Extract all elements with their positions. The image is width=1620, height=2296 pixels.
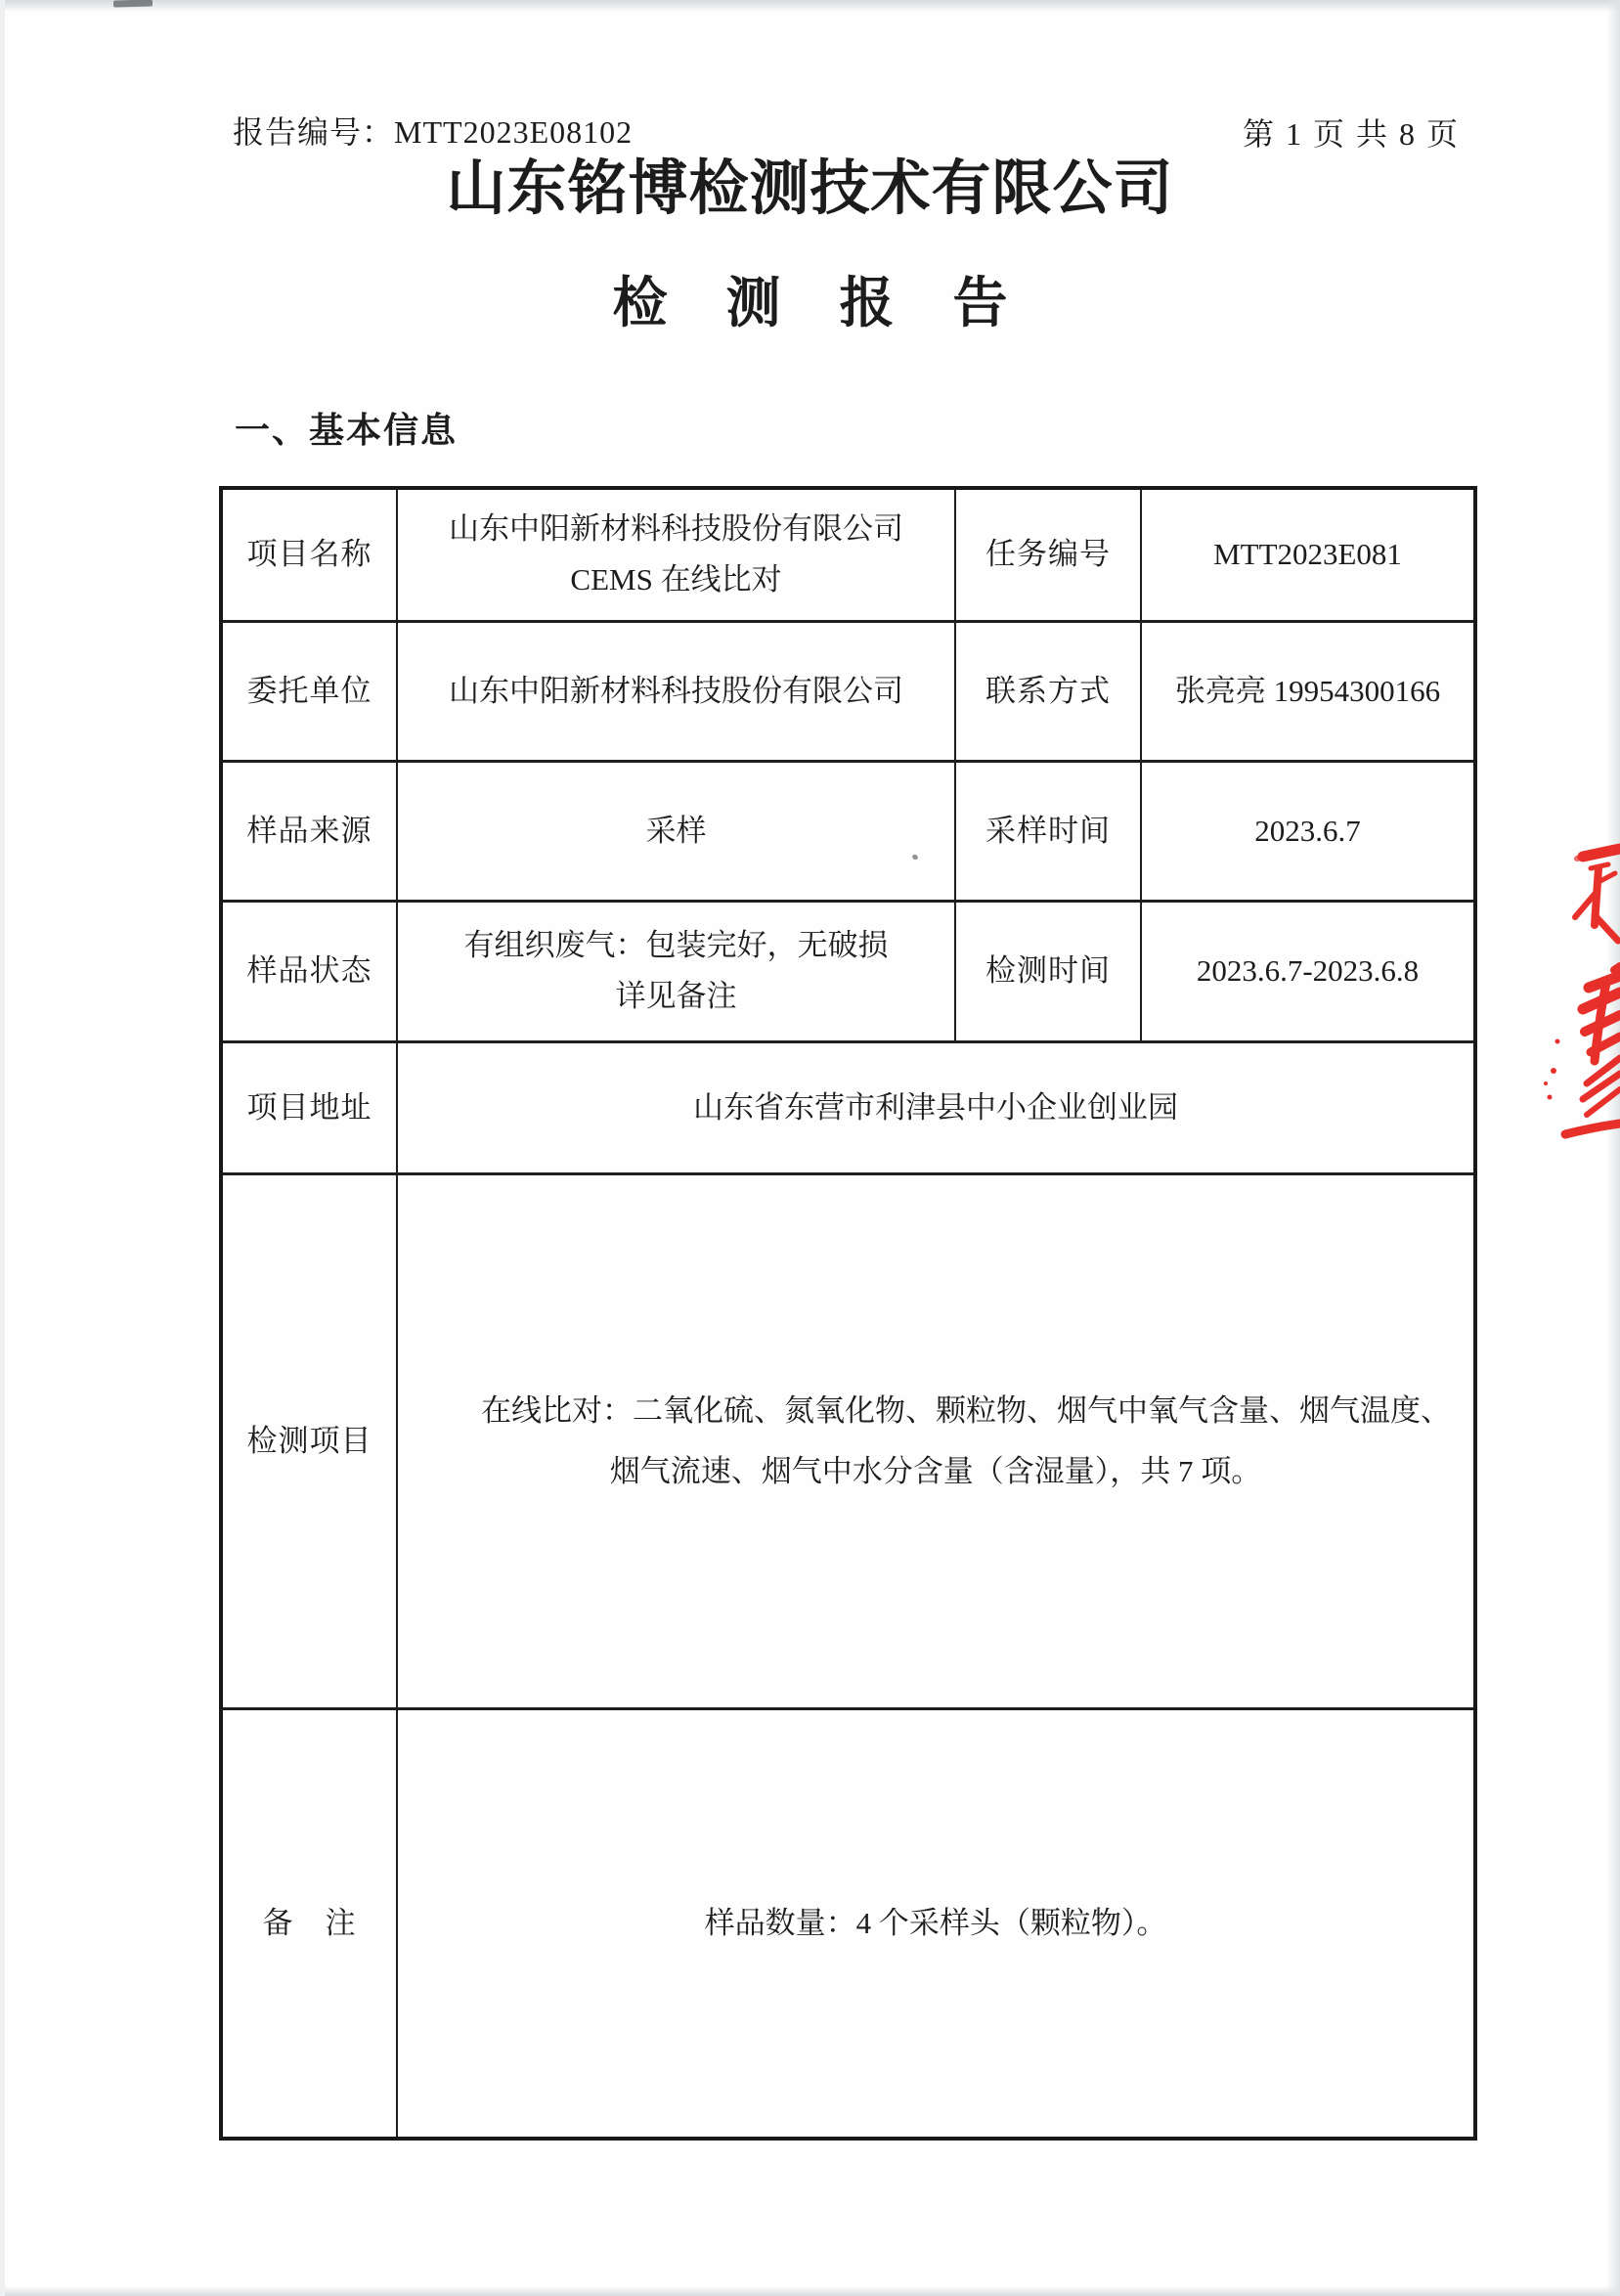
sample-status-value: 有组织废气：包装完好，无破损 详见备注 xyxy=(397,901,955,1041)
table-row: 项目名称 山东中阳新材料科技股份有限公司 CEMS 在线比对 任务编号 MTT2… xyxy=(221,488,1475,621)
remarks-value: 样品数量：4 个采样头（颗粒物）。 xyxy=(397,1708,1475,2139)
sample-status-label: 样品状态 xyxy=(221,901,397,1041)
sampling-time-label: 采样时间 xyxy=(955,761,1141,901)
report-title: 检测报告 xyxy=(0,275,1620,335)
contact-value: 张亮亮 19954300166 xyxy=(1141,621,1475,761)
project-name-line2: CEMS 在线比对 xyxy=(404,554,948,605)
testing-items-line2: 烟气流速、烟气中水分含量（含湿量），共 7 项。 xyxy=(404,1441,1467,1502)
report-number-value: MTT2023E08102 xyxy=(394,114,633,150)
table-row: 备 注 样品数量：4 个采样头（颗粒物）。 xyxy=(221,1708,1475,2139)
report-number-line: 报告编号：MTT2023E08102 xyxy=(233,108,633,153)
table-row: 委托单位 山东中阳新材料科技股份有限公司 联系方式 张亮亮 1995430016… xyxy=(221,621,1475,761)
task-no-value: MTT2023E081 xyxy=(1141,488,1475,621)
scan-edge-left xyxy=(0,0,5,2296)
scan-edge-top xyxy=(0,0,1620,11)
sample-source-label: 样品来源 xyxy=(221,761,397,901)
sample-status-line1: 有组织废气：包装完好，无破损 xyxy=(404,920,948,971)
scan-edge-bottom xyxy=(0,2287,1620,2296)
table-row: 样品来源 采样 采样时间 2023.6.7 xyxy=(221,761,1475,901)
company-title: 山东铭博检测技术有限公司 xyxy=(0,156,1620,222)
task-no-label: 任务编号 xyxy=(955,488,1141,621)
table-row: 样品状态 有组织废气：包装完好，无破损 详见备注 检测时间 2023.6.7-2… xyxy=(221,901,1475,1041)
sample-status-line2: 详见备注 xyxy=(404,971,948,1022)
section-heading-basic-info: 一、基本信息 xyxy=(235,403,458,453)
project-name-line1: 山东中阳新材料科技股份有限公司 xyxy=(404,504,948,554)
testing-items-label: 检测项目 xyxy=(221,1173,397,1708)
testing-time-value: 2023.6.7-2023.6.8 xyxy=(1141,901,1475,1041)
page-indicator: 第 1 页 共 8 页 xyxy=(1243,110,1460,155)
testing-items-value: 在线比对：二氧化硫、氮氧化物、颗粒物、烟气中氧气含量、烟气温度、 烟气流速、烟气… xyxy=(397,1173,1475,1708)
project-address-label: 项目地址 xyxy=(221,1041,397,1173)
basic-info-table: 项目名称 山东中阳新材料科技股份有限公司 CEMS 在线比对 任务编号 MTT2… xyxy=(219,486,1477,2141)
project-address-value: 山东省东营市利津县中小企业创业园 xyxy=(397,1041,1475,1173)
sampling-time-value: 2023.6.7 xyxy=(1141,761,1475,901)
remarks-label: 备 注 xyxy=(221,1708,397,2139)
contact-label: 联系方式 xyxy=(955,621,1141,761)
project-name-label: 项目名称 xyxy=(221,488,397,621)
sample-source-value: 采样 xyxy=(397,761,955,901)
project-name-value: 山东中阳新材料科技股份有限公司 CEMS 在线比对 xyxy=(397,488,955,621)
table-row: 检测项目 在线比对：二氧化硫、氮氧化物、颗粒物、烟气中氧气含量、烟气温度、 烟气… xyxy=(221,1173,1475,1708)
testing-time-label: 检测时间 xyxy=(955,901,1141,1041)
client-label: 委托单位 xyxy=(221,621,397,761)
testing-items-line1: 在线比对：二氧化硫、氮氧化物、颗粒物、烟气中氧气含量、烟气温度、 xyxy=(404,1381,1467,1441)
report-number-label: 报告编号： xyxy=(233,114,394,150)
report-page: 报告编号：MTT2023E08102 第 1 页 共 8 页 山东铭博检测技术有… xyxy=(0,0,1620,2296)
red-seal-stamp-icon xyxy=(1532,841,1620,1164)
table-row: 项目地址 山东省东营市利津县中小企业创业园 xyxy=(221,1041,1475,1173)
scan-smudge xyxy=(113,0,153,8)
client-value: 山东中阳新材料科技股份有限公司 xyxy=(397,621,955,761)
